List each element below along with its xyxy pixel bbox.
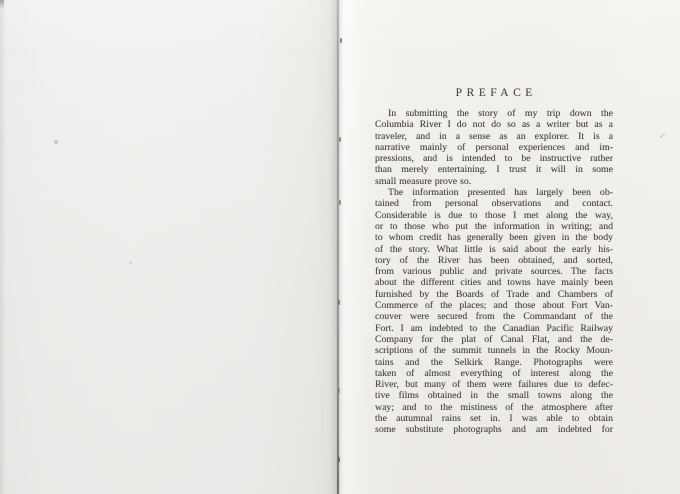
text-line: Company for the plat of Canal Flat, and … — [375, 334, 613, 345]
text-line: tive films obtained in the small towns a… — [375, 390, 613, 401]
text-line: Considerable is due to those I met along… — [375, 210, 613, 221]
text-line: tory of the River has been obtained, and… — [375, 255, 613, 266]
gutter-crease — [337, 0, 339, 494]
preface-text-block: In submitting the story of my trip down … — [375, 108, 613, 436]
text-line: the autumnal rains set in. I was able to… — [375, 413, 613, 424]
book-spread: PREFACE In submitting the story of my tr… — [0, 0, 680, 494]
text-line: some substitute photographs and am indeb… — [375, 424, 613, 435]
text-line: In submitting the story of my trip down … — [375, 108, 613, 119]
text-line: or to those who put the information in w… — [375, 221, 613, 232]
paragraph: In submitting the story of my trip down … — [375, 108, 613, 187]
text-line: way; and to the mistiness of the atmosph… — [375, 402, 613, 413]
text-line: Commerce of the places; and those about … — [375, 300, 613, 311]
text-line: pressions, and is intended to be instruc… — [375, 153, 613, 164]
text-line: about the different cities and towns hav… — [375, 277, 613, 288]
text-line: small measure prove so. — [375, 176, 613, 187]
text-line: couver were secured from the Commandant … — [375, 311, 613, 322]
text-line: tained from personal observations and co… — [375, 198, 613, 209]
text-line: Fort. I am indebted to the Canadian Paci… — [375, 323, 613, 334]
text-line: scriptions of the summit tunnels in the … — [375, 345, 613, 356]
text-line: The information presented has largely be… — [375, 187, 613, 198]
text-line: tains and the Selkirk Range. Photographs… — [375, 357, 613, 368]
left-page-blank — [0, 0, 336, 494]
paragraph: The information presented has largely be… — [375, 187, 613, 436]
text-line: River, but many of them were failures du… — [375, 379, 613, 390]
text-line: narrative mainly of personal experiences… — [375, 142, 613, 153]
text-line: Columbia River I do not do so as a write… — [375, 119, 613, 130]
text-line: from various public and private sources.… — [375, 266, 613, 277]
preface-column: PREFACE In submitting the story of my tr… — [375, 87, 613, 436]
text-line: furnished by the Boards of Trade and Cha… — [375, 289, 613, 300]
text-line: taken of almost everything of interest a… — [375, 368, 613, 379]
text-line: of the story. What little is said about … — [375, 244, 613, 255]
text-line: traveler, and in a sense as an explorer.… — [375, 131, 613, 142]
text-line: than merely entertaining. I trust it wil… — [375, 164, 613, 175]
text-line: to whom credit has generally been given … — [375, 232, 613, 243]
preface-heading: PREFACE — [375, 87, 613, 99]
